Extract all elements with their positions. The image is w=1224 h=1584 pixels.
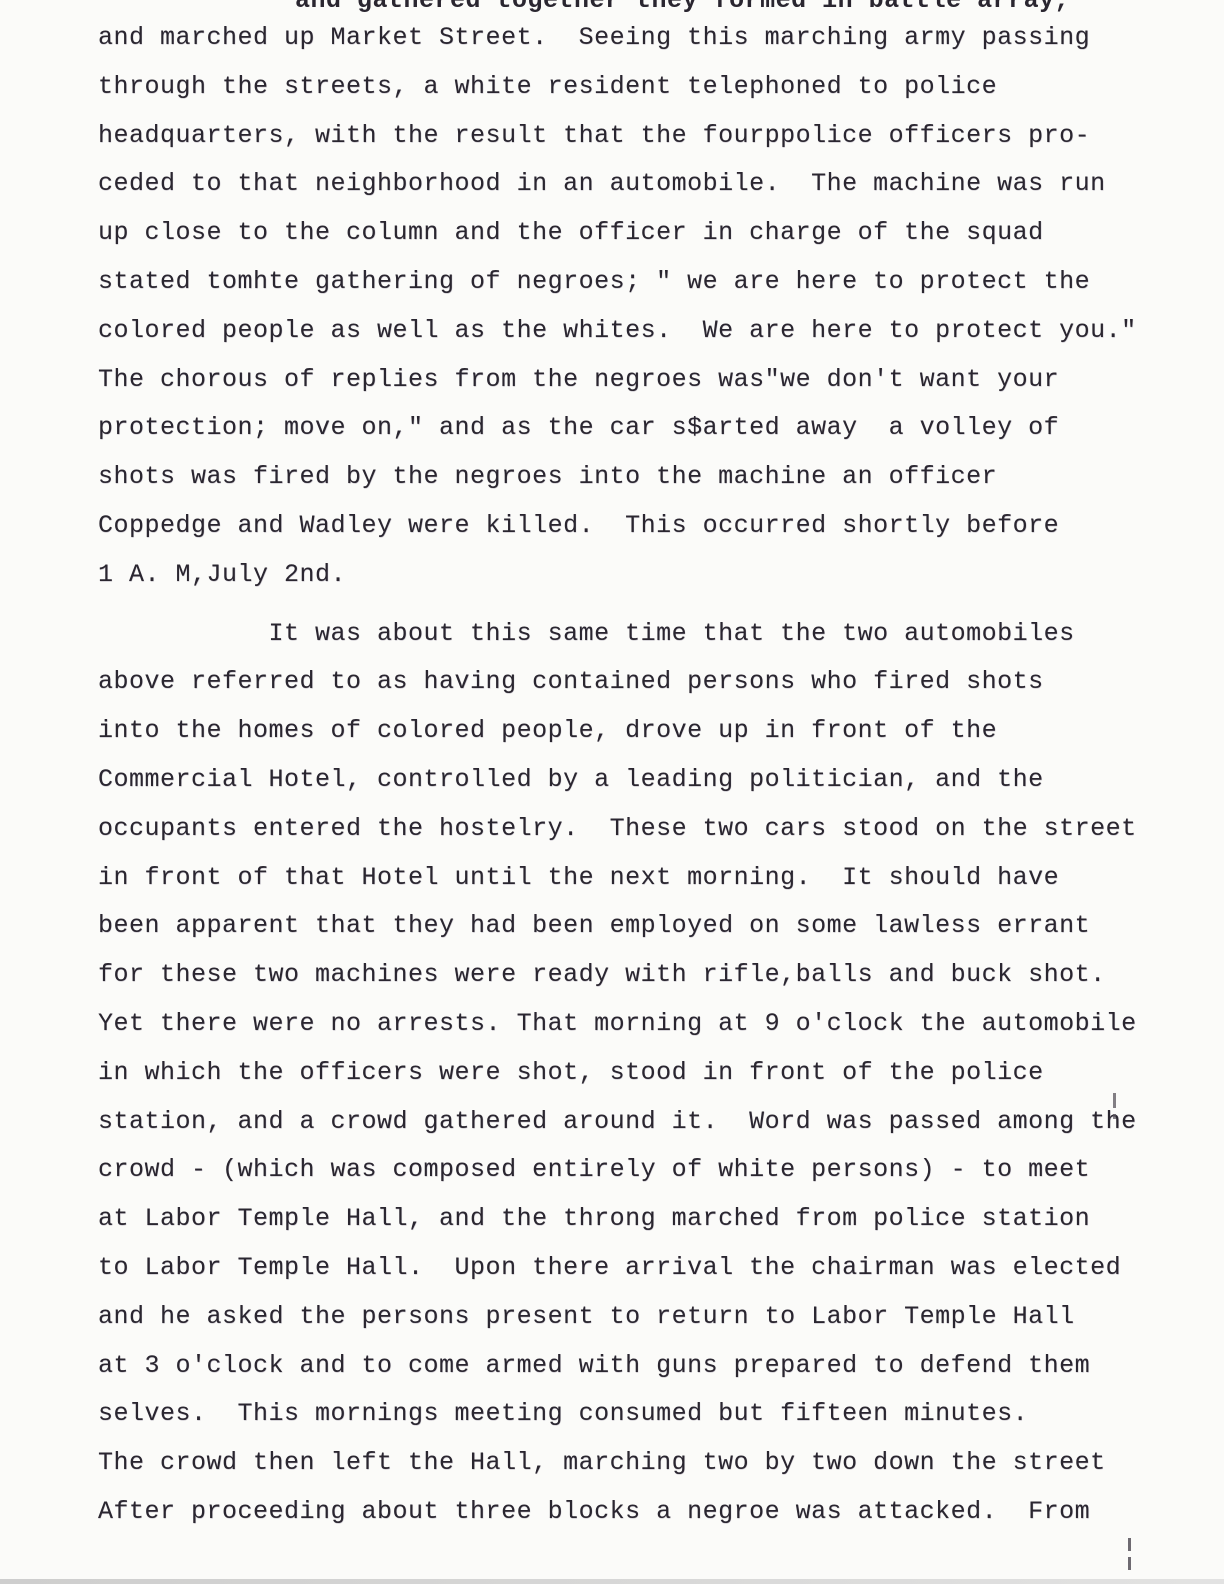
text-line: in which the officers were shot, stood i… bbox=[98, 1049, 1184, 1098]
scan-artifact-exclamation-mark bbox=[1113, 1093, 1116, 1108]
text-line: occupants entered the hostelry. These tw… bbox=[98, 805, 1184, 854]
text-line: and he asked the persons present to retu… bbox=[98, 1293, 1184, 1342]
text-line: up close to the column and the officer i… bbox=[98, 209, 1184, 258]
text-line: stated tomhte gathering of negroes; " we… bbox=[98, 258, 1184, 307]
text-line: been apparent that they had been employe… bbox=[98, 902, 1184, 951]
text-line: Commercial Hotel, controlled by a leadin… bbox=[98, 756, 1184, 805]
scanned-document: { "doc": { "colors": { "ink": "#2a2630",… bbox=[0, 0, 1224, 1584]
text-line: at Labor Temple Hall, and the throng mar… bbox=[98, 1195, 1184, 1244]
text-line: through the streets, a white resident te… bbox=[98, 63, 1184, 112]
text-line: in front of that Hotel until the next mo… bbox=[98, 854, 1184, 903]
text-line: colored people as well as the whites. We… bbox=[98, 307, 1184, 356]
text-line: station, and a crowd gathered around it.… bbox=[98, 1098, 1184, 1147]
text-line: to Labor Temple Hall. Upon there arrival… bbox=[98, 1244, 1184, 1293]
text-line: Yet there were no arrests. That morning … bbox=[98, 1000, 1184, 1049]
text-line: shots was fired by the negroes into the … bbox=[98, 453, 1184, 502]
text-line: crowd - (which was composed entirely of … bbox=[98, 1146, 1184, 1195]
text-line: Coppedge and Wadley were killed. This oc… bbox=[98, 502, 1184, 551]
text-line: and marched up Market Street. Seeing thi… bbox=[98, 14, 1184, 63]
text-line: headquarters, with the result that the f… bbox=[98, 112, 1184, 161]
document-body: and marched up Market Street. Seeing thi… bbox=[98, 14, 1184, 1537]
text-line: After proceeding about three blocks a ne… bbox=[98, 1488, 1184, 1537]
text-line: at 3 o'clock and to come armed with guns… bbox=[98, 1342, 1184, 1391]
text-line: above referred to as having contained pe… bbox=[98, 658, 1184, 707]
text-line: The crowd then left the Hall, marching t… bbox=[98, 1439, 1184, 1488]
paragraph: and marched up Market Street. Seeing thi… bbox=[98, 14, 1184, 600]
text-line: It was about this same time that the two… bbox=[98, 610, 1184, 659]
text-line: into the homes of colored people, drove … bbox=[98, 707, 1184, 756]
paragraph: It was about this same time that the two… bbox=[98, 610, 1184, 1537]
text-line: selves. This mornings meeting consumed b… bbox=[98, 1390, 1184, 1439]
scan-artifact-right-dashes bbox=[1128, 1538, 1131, 1551]
text-line: for these two machines were ready with r… bbox=[98, 951, 1184, 1000]
text-line: protection; move on," and as the car s$a… bbox=[98, 404, 1184, 453]
document-page: and gathered together they formed in bat… bbox=[0, 0, 1224, 1584]
text-line: 1 A. M,July 2nd. bbox=[98, 551, 1184, 600]
text-line: The chorous of replies from the negroes … bbox=[98, 356, 1184, 405]
top-clipped-line: and gathered together they formed in bat… bbox=[295, 0, 1070, 13]
clipped-line-text: and gathered together they formed in bat… bbox=[295, 0, 1070, 13]
scan-artifact-bottom-edge bbox=[0, 1579, 1224, 1584]
text-line: ceded to that neighborhood in an automob… bbox=[98, 160, 1184, 209]
